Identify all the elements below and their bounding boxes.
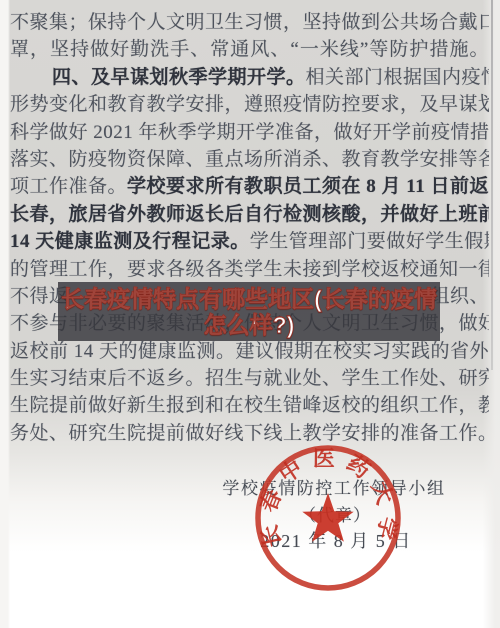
doc-text-bold: 学校要求所有教职员工须在 8 月 11 日前返回	[127, 176, 489, 197]
doc-text: 返校前 14 天的健康监测。建议假期在校实习实践的省外学	[10, 341, 489, 362]
doc-text-bold: 14 天健康监测及行程记录。	[10, 231, 250, 252]
doc-line: 形势变化和教育教学安排，遵照疫情防控要求，及早谋划、	[10, 91, 489, 118]
doc-text: 落实、防疫物资保障、重点场所消杀、教育教学安排等各	[10, 149, 489, 170]
seal-star-icon	[302, 493, 353, 542]
doc-text: 项工作准备。	[10, 176, 127, 197]
doc-text: 相关部门根据国内疫情	[306, 67, 489, 88]
caption-title-line2: 怎么样?)	[204, 312, 295, 338]
doc-line: 不聚集；保持个人文明卫生习惯，坚持做到公共场合戴口	[10, 9, 489, 36]
doc-text: 形势变化和教育教学安排，遵照疫情防控要求，及早谋划、	[10, 94, 489, 115]
doc-line: 返校前 14 天的健康监测。建议假期在校实习实践的省外学	[10, 338, 489, 365]
document-text: 不聚集；保持个人文明卫生习惯，坚持做到公共场合戴口罩，坚持做好勤洗手、常通风、“…	[10, 9, 489, 447]
doc-text: 罩，坚持做好勤洗手、常通风、“一米线”等防护措施。	[10, 39, 489, 60]
doc-text: 不聚集；保持个人文明卫生习惯，坚持做到公共场合戴口	[10, 12, 489, 33]
doc-text: 学生管理部门要做好学生假期	[250, 231, 489, 252]
doc-line: 14 天健康监测及行程记录。学生管理部门要做好学生假期	[10, 228, 489, 255]
scan-edge-line	[491, 0, 493, 370]
doc-text: 科学做好 2021 年秋季学期开学准备，做好开学前疫情措施	[10, 122, 489, 143]
scanned-document-page: 不聚集；保持个人文明卫生习惯，坚持做到公共场合戴口罩，坚持做好勤洗手、常通风、“…	[0, 0, 500, 628]
doc-text: 生院提前做好新生报到和在校生错峰返校的组织工作，教	[10, 395, 489, 416]
doc-line: 落实、防疫物资保障、重点场所消杀、教育教学安排等各	[10, 146, 489, 173]
doc-text: 的管理工作，要求各级各类学生未接到学校返校通知一律	[10, 259, 489, 280]
caption-title-line1: 长春疫情特点有哪些地区(长春的疫情	[61, 286, 437, 312]
doc-text-bold: 长春，旅居省外教师返长后自行检测核酸，并做好上班前	[10, 204, 489, 225]
doc-line: 生实习结束后不返乡。招生与就业处、学生工作处、研究	[10, 365, 489, 392]
doc-text-bold: 四、及早谋划秋季学期开学。	[52, 67, 306, 88]
doc-text: 生实习结束后不返乡。招生与就业处、学生工作处、研究	[10, 368, 489, 389]
doc-line: 长春，旅居省外教师返长后自行检测核酸，并做好上班前	[10, 201, 489, 228]
doc-line: 罩，坚持做好勤洗手、常通风、“一米线”等防护措施。	[10, 36, 489, 63]
doc-line: 项工作准备。学校要求所有教职员工须在 8 月 11 日前返回	[10, 173, 489, 200]
doc-line: 的管理工作，要求各级各类学生未接到学校返校通知一律	[10, 256, 489, 283]
doc-line: 科学做好 2021 年秋季学期开学准备，做好开学前疫情措施	[10, 119, 489, 146]
caption-overlay-banner: 长春疫情特点有哪些地区(长春的疫情 怎么样?)	[58, 282, 440, 341]
doc-line: 生院提前做好新生报到和在校生错峰返校的组织工作，教	[10, 392, 489, 419]
doc-line: 四、及早谋划秋季学期开学。相关部门根据国内疫情	[10, 64, 489, 91]
official-seal: 长春中医药大学	[250, 440, 406, 596]
